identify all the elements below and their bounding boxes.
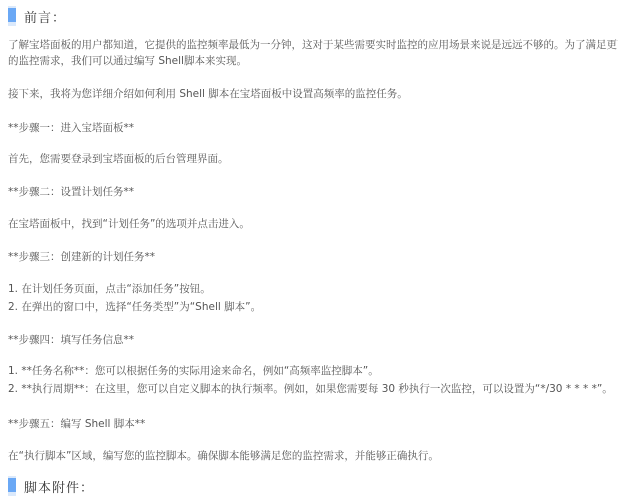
section-heading-preface: 前言： [8,6,66,26]
heading-text: 前言： [24,7,66,26]
intro-paragraph-line2: 的监控需求，我们可以通过编写 Shell脚本来实现。 [8,53,247,69]
step4-item-1: 1. **任务名称**：您可以根据任务的实际用途来命名，例如“高频率监控脚本”。 [8,363,379,379]
heading-marker-icon [8,476,16,496]
step4-title: **步骤四：填写任务信息** [8,332,134,348]
intro-paragraph-line1: 了解宝塔面板的用户都知道，它提供的监控频率最低为一分钟，这对于某些需要实时监控的… [8,37,618,53]
heading-text: 脚本附件： [24,477,94,496]
step2-body: 在宝塔面板中，找到“计划任务”的选项并点击进入。 [8,216,250,232]
step1-body: 首先，您需要登录到宝塔面板的后台管理界面。 [8,151,229,167]
step3-title: **步骤三：创建新的计划任务** [8,249,155,265]
step3-item-1: 1. 在计划任务页面，点击“添加任务”按钮。 [8,281,211,297]
step5-body: 在“执行脚本”区域，编写您的监控脚本。确保脚本能够满足您的监控需求，并能够正确执… [8,448,439,464]
heading-marker-icon [8,6,16,26]
next-paragraph: 接下来，我将为您详细介绍如何利用 Shell 脚本在宝塔面板中设置高频率的监控任… [8,86,408,102]
step3-item-2: 2. 在弹出的窗口中，选择“任务类型”为“Shell 脚本”。 [8,299,261,315]
step4-item-2: 2. **执行周期**：在这里，您可以自定义脚本的执行频率。例如，如果您需要每 … [8,381,613,397]
step1-title: **步骤一：进入宝塔面板** [8,120,134,136]
step5-title: **步骤五：编写 Shell 脚本** [8,416,145,432]
section-heading-attachment: 脚本附件： [8,476,94,496]
step2-title: **步骤二：设置计划任务** [8,184,134,200]
